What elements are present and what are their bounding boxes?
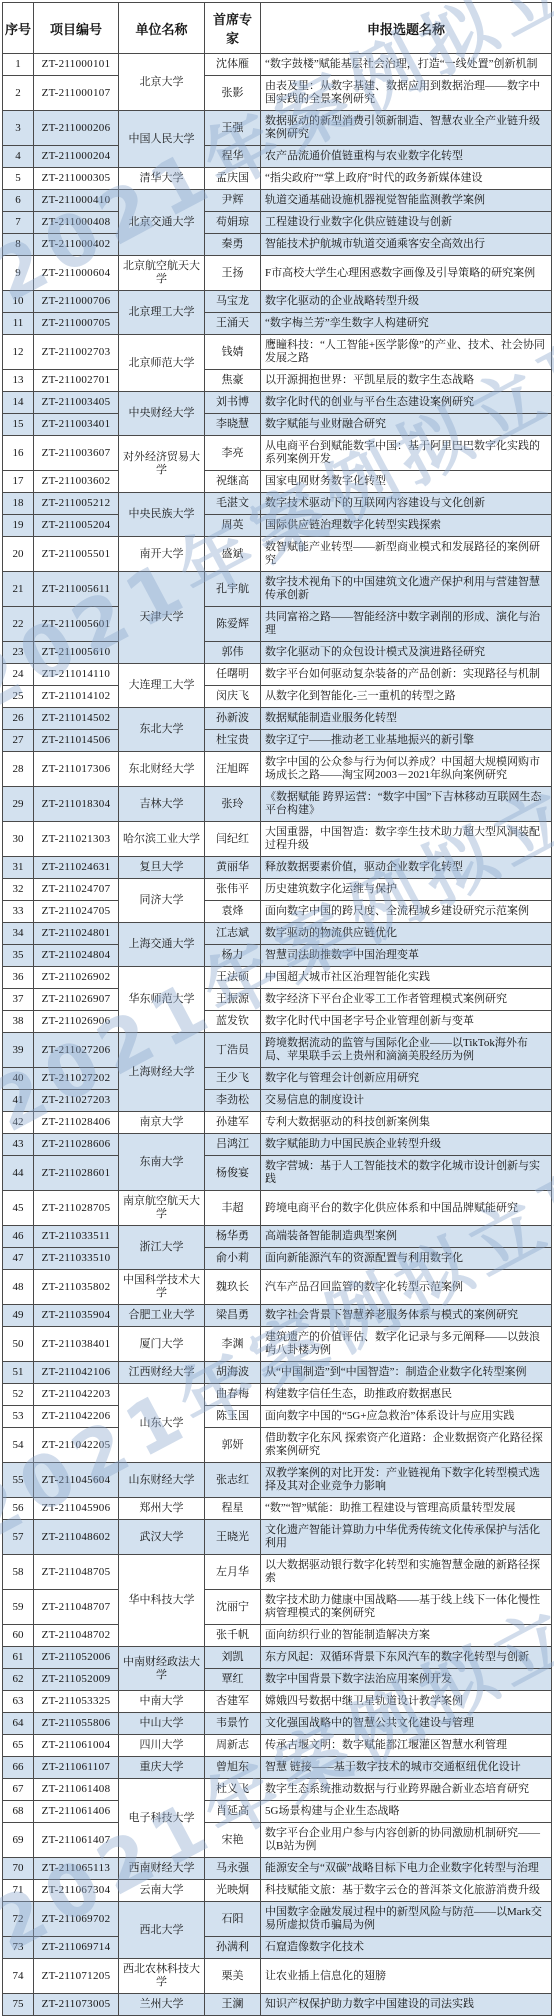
table-row: 8ZT-211000402秦勇智能技术护航城市轨道交通乘客安全高效出行 xyxy=(3,234,552,256)
table-row: 26ZT-211014502东北大学孙新波数据赋能制造业服务化转型 xyxy=(3,708,552,730)
chief-expert-cell: 刘凯 xyxy=(205,1647,261,1669)
topic-cell: 面向数字中国的跨尺度、全流程城乡建设研究示范案例 xyxy=(261,901,552,923)
row-number-cell: 22 xyxy=(3,607,34,642)
project-code-cell: ZT-211017306 xyxy=(34,752,119,787)
chief-expert-cell: 张千帆 xyxy=(205,1625,261,1647)
chief-expert-cell: 韦景竹 xyxy=(205,1713,261,1735)
project-code-cell: ZT-211048702 xyxy=(34,1625,119,1647)
chief-expert-cell: 王振源 xyxy=(205,989,261,1011)
chief-expert-cell: 马宝龙 xyxy=(205,291,261,313)
unit-name-cell: 北京交通大学 xyxy=(119,190,205,256)
row-number-cell: 51 xyxy=(3,1362,34,1384)
topic-cell: 数字社会背景下智慧养老服务体系与模式的案例研究 xyxy=(261,1305,552,1327)
unit-name-cell: 中央民族大学 xyxy=(119,493,205,537)
header-cell: 单位名称 xyxy=(119,3,205,54)
table-row: 21ZT-211005611天津大学孔宇航数字技术视角下的中国建筑文化遗产保护利… xyxy=(3,572,552,607)
project-code-cell: ZT-211067304 xyxy=(34,1880,119,1902)
table-row: 38ZT-211026906蓝发钦数字化时代中国老字号企业管理创新与变革 xyxy=(3,1011,552,1033)
chief-expert-cell: 焦豪 xyxy=(205,370,261,392)
table-row: 23ZT-211005610郭伟数字化驱动下的众包设计模式及演进路径研究 xyxy=(3,642,552,664)
row-number-cell: 71 xyxy=(3,1880,34,1902)
chief-expert-cell: 丁浩员 xyxy=(205,1033,261,1068)
topic-cell: 数字生态系统推动数据与行业跨界融合新业态培育研究 xyxy=(261,1779,552,1801)
chief-expert-cell: 秦勇 xyxy=(205,234,261,256)
topic-cell: 专利大数据驱动的科技创新案例集 xyxy=(261,1112,552,1134)
topic-cell: 数字经济下平台企业零工工作者管理模式案例研究 xyxy=(261,989,552,1011)
row-number-cell: 68 xyxy=(3,1801,34,1823)
unit-name-cell: 中国科学技术大学 xyxy=(119,1270,205,1305)
table-row: 31ZT-211024631复旦大学黄丽华释放数据要素价值，驱动企业数字化转型 xyxy=(3,857,552,879)
topic-cell: 国家电网财务数字化转型 xyxy=(261,471,552,493)
row-number-cell: 10 xyxy=(3,291,34,313)
unit-name-cell: 上海交通大学 xyxy=(119,923,205,967)
row-number-cell: 36 xyxy=(3,967,34,989)
table-row: 72ZT-211069702西北大学石阳中国数字金融发展过程中的新型风险与防范—… xyxy=(3,1902,552,1937)
topic-cell: 鹰瞳科技：“人工智能+医学影像”的产业、技术、社会协同发展之路 xyxy=(261,335,552,370)
row-number-cell: 43 xyxy=(3,1134,34,1156)
unit-name-cell: 吉林大学 xyxy=(119,787,205,822)
chief-expert-cell: 杜义飞 xyxy=(205,1779,261,1801)
row-number-cell: 53 xyxy=(3,1406,34,1428)
project-code-cell: ZT-211003602 xyxy=(34,471,119,493)
table-row: 75ZT-211073005兰州大学王澜知识产权保护助力数字中国建设的司法实践 xyxy=(3,1994,552,2016)
topic-cell: 数字技术驱动下的互联网内容建设与文化创新 xyxy=(261,493,552,515)
row-number-cell: 26 xyxy=(3,708,34,730)
table-row: 16ZT-211003607对外经济贸易大学李亮从电商平台到赋能数字中国：基于阿… xyxy=(3,436,552,471)
topic-cell: 数字化时代的创业与平台生态建设案例研究 xyxy=(261,392,552,414)
table-row: 25ZT-211014102闵庆飞从数字化到智能化-三一重机的转型之路 xyxy=(3,686,552,708)
chief-expert-cell: 陈爱辉 xyxy=(205,607,261,642)
table-row: 32ZT-211024707同济大学张伟平历史建筑数字化运维与保护 xyxy=(3,879,552,901)
table-row: 10ZT-211000706北京理工大学马宝龙数字化驱动的企业战略转型升级 xyxy=(3,291,552,313)
table-row: 48ZT-211035802中国科学技术大学魏玖长汽车产品召回监管的数字化转型示… xyxy=(3,1270,552,1305)
chief-expert-cell: 盛斌 xyxy=(205,537,261,572)
table-row: 5ZT-211000305清华大学孟庆国“指尖政府”“掌上政府”时代的政务新媒体… xyxy=(3,168,552,190)
row-number-cell: 69 xyxy=(3,1823,34,1858)
row-number-cell: 25 xyxy=(3,686,34,708)
chief-expert-cell: 祝继高 xyxy=(205,471,261,493)
header-cell: 申报选题名称 xyxy=(261,3,552,54)
project-code-cell: ZT-211024705 xyxy=(34,901,119,923)
chief-expert-cell: 孟庆国 xyxy=(205,168,261,190)
topic-cell: 数智赋能产业转型——新型商业模式和发展路径的案例研究 xyxy=(261,537,552,572)
table-row: 64ZT-211055806中山大学韦景竹文化强国战略中的智慧公共文化建设与管理 xyxy=(3,1713,552,1735)
chief-expert-cell: 胡海波 xyxy=(205,1362,261,1384)
topic-cell: 传承古堰文明：数字赋能都江堰灌区智慧水利管理 xyxy=(261,1735,552,1757)
topic-cell: 石窟造像数字化技术 xyxy=(261,1937,552,1959)
table-row: 13ZT-211002701焦豪以开源拥抱世界：平凯星辰的数字生态战略 xyxy=(3,370,552,392)
row-number-cell: 44 xyxy=(3,1156,34,1191)
chief-expert-cell: 杏建军 xyxy=(205,1691,261,1713)
topic-cell: 农产品流通价值链重构与农业数字化转型 xyxy=(261,146,552,168)
row-number-cell: 39 xyxy=(3,1033,34,1068)
project-code-cell: ZT-211000305 xyxy=(34,168,119,190)
table-row: 59ZT-211048707沈丽宁数字技术助力健康中国战略——基于线上线下一体化… xyxy=(3,1590,552,1625)
unit-name-cell: 东南大学 xyxy=(119,1134,205,1191)
table-row: 52ZT-211042203山东大学曲春梅构建数字信任生态，助推政府数据惠民 xyxy=(3,1384,552,1406)
row-number-cell: 29 xyxy=(3,787,34,822)
unit-name-cell: 云南大学 xyxy=(119,1880,205,1902)
row-number-cell: 14 xyxy=(3,392,34,414)
topic-cell: 国际供应链治理数字化转型实践探索 xyxy=(261,515,552,537)
topic-cell: 高端装备智能制造典型案例 xyxy=(261,1226,552,1248)
project-code-cell: ZT-211014110 xyxy=(34,664,119,686)
chief-expert-cell: 毛湛文 xyxy=(205,493,261,515)
chief-expert-cell: 黄丽华 xyxy=(205,857,261,879)
table-header-row: 序号项目编号单位名称首席专家申报选题名称 xyxy=(3,3,552,54)
unit-name-cell: 中南财经政法大学 xyxy=(119,1647,205,1691)
table-row: 62ZT-211052009覃红数字中国背景下数字法治应用案例开发 xyxy=(3,1669,552,1691)
table-row: 69ZT-211061407宋艳数字平台企业用户参与内容创新的协同激励机制研究—… xyxy=(3,1823,552,1858)
project-code-cell: ZT-211024631 xyxy=(34,857,119,879)
project-code-cell: ZT-211014506 xyxy=(34,730,119,752)
project-code-cell: ZT-211035802 xyxy=(34,1270,119,1305)
table-row: 37ZT-211026907王振源数字经济下平台企业零工工作者管理模式案例研究 xyxy=(3,989,552,1011)
chief-expert-cell: 吕鸿江 xyxy=(205,1134,261,1156)
row-number-cell: 48 xyxy=(3,1270,34,1305)
topic-cell: “数字鼓楼”赋能基层社会治理，打造“一线处置”创新机制 xyxy=(261,54,552,76)
table-row: 3ZT-211000206中国人民大学王强数据驱动的新型消费引领新制造、智慧农业… xyxy=(3,111,552,146)
project-code-cell: ZT-211024707 xyxy=(34,879,119,901)
chief-expert-cell: 曲春梅 xyxy=(205,1384,261,1406)
table-row: 28ZT-211017306东北财经大学汪旭晖数字中国的公众参与行为何以养成？中… xyxy=(3,752,552,787)
table-row: 15ZT-211003401李晓慧数字赋能与业财融合研究 xyxy=(3,414,552,436)
unit-name-cell: 哈尔滨工业大学 xyxy=(119,822,205,857)
topic-cell: 智能技术护航城市轨道交通乘客安全高效出行 xyxy=(261,234,552,256)
topic-cell: 由表及里：从数字基建、数据应用到数据治理——数字中国实践的全景案例研究 xyxy=(261,76,552,111)
table-row: 56ZT-211045906郑州大学程星“数”“智”赋能：助推工程建设与管理高质… xyxy=(3,1498,552,1520)
topic-cell: 数字营城：基于人工智能技术的数字化城市设计创新与实践 xyxy=(261,1156,552,1191)
chief-expert-cell: 闵庆飞 xyxy=(205,686,261,708)
chief-expert-cell: 袁烽 xyxy=(205,901,261,923)
row-number-cell: 17 xyxy=(3,471,34,493)
row-number-cell: 67 xyxy=(3,1779,34,1801)
row-number-cell: 15 xyxy=(3,414,34,436)
project-code-cell: ZT-211018304 xyxy=(34,787,119,822)
project-code-cell: ZT-211071205 xyxy=(34,1959,119,1994)
project-code-cell: ZT-211069714 xyxy=(34,1937,119,1959)
table-row: 11ZT-211000705王涌天“数字梅兰芳”孪生数字人构建研究 xyxy=(3,313,552,335)
chief-expert-cell: 石阳 xyxy=(205,1902,261,1937)
project-code-cell: ZT-211026906 xyxy=(34,1011,119,1033)
unit-name-cell: 华东师范大学 xyxy=(119,967,205,1033)
topic-cell: 《数据赋能 跨界运营：“数字中国”下吉林移动互联网生态平台构建》 xyxy=(261,787,552,822)
project-code-cell: ZT-211027206 xyxy=(34,1033,119,1068)
project-code-cell: ZT-211000705 xyxy=(34,313,119,335)
row-number-cell: 8 xyxy=(3,234,34,256)
project-code-cell: ZT-211000206 xyxy=(34,111,119,146)
project-table: 序号项目编号单位名称首席专家申报选题名称 1ZT-211000101北京大学沈体… xyxy=(2,2,552,2016)
topic-cell: 嫦娥四号数据中继卫星轨道设计教学案例 xyxy=(261,1691,552,1713)
table-row: 60ZT-211048702张千帆面向纺织行业的智能制造解决方案 xyxy=(3,1625,552,1647)
chief-expert-cell: 周英 xyxy=(205,515,261,537)
unit-name-cell: 西北农林科技大学 xyxy=(119,1959,205,1994)
row-number-cell: 34 xyxy=(3,923,34,945)
chief-expert-cell: 陈玉国 xyxy=(205,1406,261,1428)
chief-expert-cell: 光映炯 xyxy=(205,1880,261,1902)
table-row: 20ZT-211005501南开大学盛斌数智赋能产业转型——新型商业模式和发展路… xyxy=(3,537,552,572)
header-cell: 首席专家 xyxy=(205,3,261,54)
row-number-cell: 16 xyxy=(3,436,34,471)
project-code-cell: ZT-211000101 xyxy=(34,54,119,76)
row-number-cell: 24 xyxy=(3,664,34,686)
project-code-cell: ZT-211002701 xyxy=(34,370,119,392)
topic-cell: 双教学案例的对比开发：产业链视角下数字化转型模式选择及其对企业竞争力影响 xyxy=(261,1463,552,1498)
table-row: 57ZT-211048602武汉大学王晓光文化遗产智能计算助力中华优秀传统文化传… xyxy=(3,1520,552,1555)
topic-cell: 数字化与管理会计创新应用研究 xyxy=(261,1068,552,1090)
unit-name-cell: 江西财经大学 xyxy=(119,1362,205,1384)
chief-expert-cell: 周新志 xyxy=(205,1735,261,1757)
unit-name-cell: 合肥工业大学 xyxy=(119,1305,205,1327)
topic-cell: 历史建筑数字化运维与保护 xyxy=(261,879,552,901)
row-number-cell: 7 xyxy=(3,212,34,234)
table-row: 68ZT-211061406肖延高5G场景构建与企业生态战略 xyxy=(3,1801,552,1823)
row-number-cell: 2 xyxy=(3,76,34,111)
row-number-cell: 62 xyxy=(3,1669,34,1691)
unit-name-cell: 复旦大学 xyxy=(119,857,205,879)
topic-cell: 数字中国背景下数字法治应用案例开发 xyxy=(261,1669,552,1691)
table-row: 19ZT-211005204周英国际供应链治理数字化转型实践探索 xyxy=(3,515,552,537)
chief-expert-cell: 李晓慧 xyxy=(205,414,261,436)
topic-cell: F市高校大学生心理困惑数字画像及引导策略的研究案例 xyxy=(261,256,552,291)
table-row: 44ZT-211028601杨俊宴数字营城：基于人工智能技术的数字化城市设计创新… xyxy=(3,1156,552,1191)
row-number-cell: 35 xyxy=(3,945,34,967)
project-code-cell: ZT-211005610 xyxy=(34,642,119,664)
row-number-cell: 11 xyxy=(3,313,34,335)
row-number-cell: 33 xyxy=(3,901,34,923)
row-number-cell: 61 xyxy=(3,1647,34,1669)
chief-expert-cell: 张玲 xyxy=(205,787,261,822)
unit-name-cell: 北京师范大学 xyxy=(119,335,205,392)
row-number-cell: 45 xyxy=(3,1191,34,1226)
unit-name-cell: 南京航空航天大学 xyxy=(119,1191,205,1226)
project-code-cell: ZT-211000706 xyxy=(34,291,119,313)
project-code-cell: ZT-211000410 xyxy=(34,190,119,212)
table-row: 54ZT-211042205郭妍借助数字化东风 探索资产化道路：企业数据资产化路… xyxy=(3,1428,552,1463)
unit-name-cell: 山东大学 xyxy=(119,1384,205,1463)
project-code-cell: ZT-211048707 xyxy=(34,1590,119,1625)
project-code-cell: ZT-211052009 xyxy=(34,1669,119,1691)
row-number-cell: 41 xyxy=(3,1090,34,1112)
table-row: 74ZT-211071205西北农林科技大学栗美让农业插上信息化的翅膀 xyxy=(3,1959,552,1994)
topic-cell: 智慧 链接——基于数字技术的城市交通枢纽优化设计 xyxy=(261,1757,552,1779)
chief-expert-cell: 尹辉 xyxy=(205,190,261,212)
chief-expert-cell: 孔宇航 xyxy=(205,572,261,607)
project-code-cell: ZT-211042205 xyxy=(34,1428,119,1463)
project-code-cell: ZT-211045604 xyxy=(34,1463,119,1498)
topic-cell: 数据驱动的新型消费引领新制造、智慧农业全产业链升级案例研究 xyxy=(261,111,552,146)
project-code-cell: ZT-211003405 xyxy=(34,392,119,414)
table-row: 66ZT-211061107重庆大学曾旭东智慧 链接——基于数字技术的城市交通枢… xyxy=(3,1757,552,1779)
row-number-cell: 32 xyxy=(3,879,34,901)
chief-expert-cell: 孙新波 xyxy=(205,708,261,730)
unit-name-cell: 中央财经大学 xyxy=(119,392,205,436)
unit-name-cell: 天津大学 xyxy=(119,572,205,664)
row-number-cell: 46 xyxy=(3,1226,34,1248)
row-number-cell: 57 xyxy=(3,1520,34,1555)
topic-cell: “数”“智”赋能：助推工程建设与管理高质量转型发展 xyxy=(261,1498,552,1520)
chief-expert-cell: 任曙明 xyxy=(205,664,261,686)
unit-name-cell: 北京大学 xyxy=(119,54,205,111)
project-code-cell: ZT-211048705 xyxy=(34,1555,119,1590)
project-code-cell: ZT-211053325 xyxy=(34,1691,119,1713)
chief-expert-cell: 郭妍 xyxy=(205,1428,261,1463)
topic-cell: 大国重器，中国智造：数字孪生技术助力超大型风洞装配过程升级 xyxy=(261,822,552,857)
chief-expert-cell: 王晓光 xyxy=(205,1520,261,1555)
chief-expert-cell: 肖延高 xyxy=(205,1801,261,1823)
project-code-cell: ZT-211005204 xyxy=(34,515,119,537)
row-number-cell: 27 xyxy=(3,730,34,752)
row-number-cell: 38 xyxy=(3,1011,34,1033)
table-row: 71ZT-211067304云南大学光映炯科技赋能文旅：基于数字云仓的普洱茶文化… xyxy=(3,1880,552,1902)
table-row: 14ZT-211003405中央财经大学刘书博数字化时代的创业与平台生态建设案例… xyxy=(3,392,552,414)
topic-cell: “指尖政府”“掌上政府”时代的政务新媒体建设 xyxy=(261,168,552,190)
table-row: 2ZT-211000107张影由表及里：从数字基建、数据应用到数据治理——数字中… xyxy=(3,76,552,111)
project-code-cell: ZT-211000402 xyxy=(34,234,119,256)
table-row: 65ZT-211061004四川大学周新志传承古堰文明：数字赋能都江堰灌区智慧水… xyxy=(3,1735,552,1757)
row-number-cell: 4 xyxy=(3,146,34,168)
row-number-cell: 6 xyxy=(3,190,34,212)
topic-cell: 数字技术视角下的中国建筑文化遗产保护利用与营建智慧传承创新 xyxy=(261,572,552,607)
chief-expert-cell: 程星 xyxy=(205,1498,261,1520)
chief-expert-cell: 杨俊宴 xyxy=(205,1156,261,1191)
chief-expert-cell: 杜宝贵 xyxy=(205,730,261,752)
table-row: 61ZT-211052006中南财经政法大学刘凯东方风起：双循环背景下东风汽车的… xyxy=(3,1647,552,1669)
chief-expert-cell: 苟娟琼 xyxy=(205,212,261,234)
topic-cell: 数字技术助力健康中国战略——基于线上线下一体化慢性病管理模式的案例研究 xyxy=(261,1590,552,1625)
header-cell: 项目编号 xyxy=(34,3,119,54)
row-number-cell: 3 xyxy=(3,111,34,146)
topic-cell: 文化强国战略中的智慧公共文化建设与管理 xyxy=(261,1713,552,1735)
table-row: 18ZT-211005212中央民族大学毛湛文数字技术驱动下的互联网内容建设与文… xyxy=(3,493,552,515)
table-row: 53ZT-211042206陈玉国面向数字中国的“5G+应急救治”体系设计与应用… xyxy=(3,1406,552,1428)
project-code-cell: ZT-211000107 xyxy=(34,76,119,111)
row-number-cell: 56 xyxy=(3,1498,34,1520)
topic-cell: 建筑遗产的价值评估、数字化记录与多元阐释——以鼓浪屿八卦楼为例 xyxy=(261,1327,552,1362)
project-code-cell: ZT-211027202 xyxy=(34,1068,119,1090)
unit-name-cell: 同济大学 xyxy=(119,879,205,923)
row-number-cell: 47 xyxy=(3,1248,34,1270)
topic-cell: 从“中国制造”到“中国智造”：制造企业数字化转型案例 xyxy=(261,1362,552,1384)
topic-cell: 轨道交通基础设施机器视觉智能监测教学案例 xyxy=(261,190,552,212)
topic-cell: 中国数字金融发展过程中的新型风险与防范——以Mark交易所虚拟货币骗局为例 xyxy=(261,1902,552,1937)
row-number-cell: 59 xyxy=(3,1590,34,1625)
project-code-cell: ZT-211073005 xyxy=(34,1994,119,2016)
topic-cell: 数字辽宁——推动老工业基地振兴的新引擎 xyxy=(261,730,552,752)
row-number-cell: 50 xyxy=(3,1327,34,1362)
unit-name-cell: 东北财经大学 xyxy=(119,752,205,787)
unit-name-cell: 东北大学 xyxy=(119,708,205,752)
topic-cell: 让农业插上信息化的翅膀 xyxy=(261,1959,552,1994)
project-code-cell: ZT-211038401 xyxy=(34,1327,119,1362)
table-row: 12ZT-211002703北京师范大学钱婧鹰瞳科技：“人工智能+医学影像”的产… xyxy=(3,335,552,370)
header-cell: 序号 xyxy=(3,3,34,54)
unit-name-cell: 中国人民大学 xyxy=(119,111,205,168)
unit-name-cell: 中山大学 xyxy=(119,1713,205,1735)
project-code-cell: ZT-211061004 xyxy=(34,1735,119,1757)
unit-name-cell: 武汉大学 xyxy=(119,1520,205,1555)
table-row: 46ZT-211033511浙江大学杨华勇高端装备智能制造典型案例 xyxy=(3,1226,552,1248)
table-row: 40ZT-211027202王少飞数字化与管理会计创新应用研究 xyxy=(3,1068,552,1090)
topic-cell: 智慧司法助推数字中国治理变革 xyxy=(261,945,552,967)
unit-name-cell: 北京理工大学 xyxy=(119,291,205,335)
project-code-cell: ZT-211014102 xyxy=(34,686,119,708)
unit-name-cell: 西南财经大学 xyxy=(119,1858,205,1880)
row-number-cell: 52 xyxy=(3,1384,34,1406)
table-row: 63ZT-211053325中南大学杏建军嫦娥四号数据中继卫星轨道设计教学案例 xyxy=(3,1691,552,1713)
project-code-cell: ZT-211003607 xyxy=(34,436,119,471)
chief-expert-cell: 沈体雁 xyxy=(205,54,261,76)
project-code-cell: ZT-211033510 xyxy=(34,1248,119,1270)
project-code-cell: ZT-211026907 xyxy=(34,989,119,1011)
unit-name-cell: 北京航空航天大学 xyxy=(119,256,205,291)
topic-cell: 知识产权保护助力数字中国建设的司法实践 xyxy=(261,1994,552,2016)
chief-expert-cell: 闫纪红 xyxy=(205,822,261,857)
unit-name-cell: 华中科技大学 xyxy=(119,1555,205,1647)
row-number-cell: 66 xyxy=(3,1757,34,1779)
chief-expert-cell: 汪旭晖 xyxy=(205,752,261,787)
table-row: 24ZT-211014110大连理工大学任曙明数字平台如何驱动复杂装备的产品创新… xyxy=(3,664,552,686)
row-number-cell: 49 xyxy=(3,1305,34,1327)
chief-expert-cell: 丰超 xyxy=(205,1191,261,1226)
table-row: 58ZT-211048705华中科技大学左月华以大数据驱动银行数字化转型和实施智… xyxy=(3,1555,552,1590)
chief-expert-cell: 孙满利 xyxy=(205,1937,261,1959)
chief-expert-cell: 王扬 xyxy=(205,256,261,291)
unit-name-cell: 山东财经大学 xyxy=(119,1463,205,1498)
topic-cell: 构建数字信任生态，助推政府数据惠民 xyxy=(261,1384,552,1406)
project-code-cell: ZT-211061408 xyxy=(34,1779,119,1801)
unit-name-cell: 四川大学 xyxy=(119,1735,205,1757)
row-number-cell: 18 xyxy=(3,493,34,515)
chief-expert-cell: 梁昌勇 xyxy=(205,1305,261,1327)
project-code-cell: ZT-211000204 xyxy=(34,146,119,168)
project-code-cell: ZT-211028601 xyxy=(34,1156,119,1191)
row-number-cell: 1 xyxy=(3,54,34,76)
chief-expert-cell: 王强 xyxy=(205,111,261,146)
chief-expert-cell: 郭伟 xyxy=(205,642,261,664)
chief-expert-cell: 栗美 xyxy=(205,1959,261,1994)
project-code-cell: ZT-211042106 xyxy=(34,1362,119,1384)
topic-cell: 以开源拥抱世界：平凯星辰的数字生态战略 xyxy=(261,370,552,392)
table-row: 50ZT-211038401厦门大学李渊建筑遗产的价值评估、数字化记录与多元阐释… xyxy=(3,1327,552,1362)
chief-expert-cell: 张志红 xyxy=(205,1463,261,1498)
chief-expert-cell: 王澜 xyxy=(205,1994,261,2016)
row-number-cell: 20 xyxy=(3,537,34,572)
chief-expert-cell: 宋艳 xyxy=(205,1823,261,1858)
unit-name-cell: 清华大学 xyxy=(119,168,205,190)
topic-cell: 文化遗产智能计算助力中华优秀传统文化传承保护与活化利用 xyxy=(261,1520,552,1555)
table-row: 70ZT-211065113西南财经大学马永强能源安全与“双碳”战略目标下电力企… xyxy=(3,1858,552,1880)
topic-cell: 数字驱动的物流供应链优化 xyxy=(261,923,552,945)
chief-expert-cell: 覃红 xyxy=(205,1669,261,1691)
chief-expert-cell: 程华 xyxy=(205,146,261,168)
table-row: 45ZT-211028705南京航空航天大学丰超跨境电商平台的数字化供应体系和中… xyxy=(3,1191,552,1226)
topic-cell: 以大数据驱动银行数字化转型和实施智慧金融的新路径探索 xyxy=(261,1555,552,1590)
chief-expert-cell: 江志斌 xyxy=(205,923,261,945)
table-row: 6ZT-211000410北京交通大学尹辉轨道交通基础设施机器视觉智能监测教学案… xyxy=(3,190,552,212)
project-code-cell: ZT-211021303 xyxy=(34,822,119,857)
project-code-cell: ZT-211014502 xyxy=(34,708,119,730)
project-code-cell: ZT-211003401 xyxy=(34,414,119,436)
chief-expert-cell: 王涌天 xyxy=(205,313,261,335)
row-number-cell: 9 xyxy=(3,256,34,291)
topic-cell: 面向新能源汽车的资源配置与利用数字化 xyxy=(261,1248,552,1270)
chief-expert-cell: 左月华 xyxy=(205,1555,261,1590)
row-number-cell: 28 xyxy=(3,752,34,787)
topic-cell: 面向纺织行业的智能制造解决方案 xyxy=(261,1625,552,1647)
table-row: 47ZT-211033510俞小莉面向新能源汽车的资源配置与利用数字化 xyxy=(3,1248,552,1270)
unit-name-cell: 南京大学 xyxy=(119,1112,205,1134)
